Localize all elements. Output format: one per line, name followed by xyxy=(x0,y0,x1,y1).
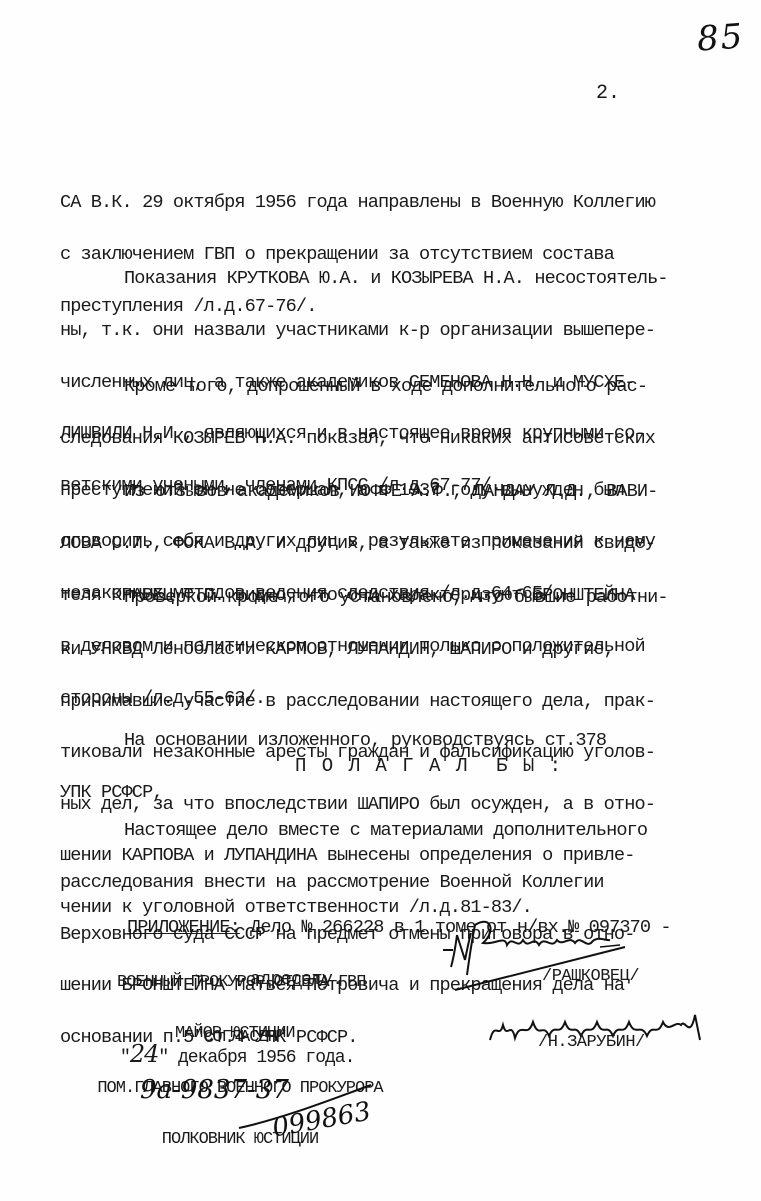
text-line: СА В.К. 29 октября 1956 года направлены … xyxy=(60,194,700,211)
approval-date: "24" декабря 1956 года. xyxy=(120,1046,354,1067)
conclusion-heading: П О Л А Г А Л Б Ы : xyxy=(295,755,563,777)
text-line: ки УНКВД Ленобласти КАРПОВ, ЛУПАНДИН, ША… xyxy=(60,641,700,658)
approval-name: /Н.ЗАРУБИН/ xyxy=(538,1033,645,1052)
document-page: 85 2. СА В.К. 29 октября 1956 года напра… xyxy=(0,0,761,1201)
text-line: Настоящее дело вместе с материалами допо… xyxy=(60,822,700,839)
text-line: Проверкой кроме того установлено, что бы… xyxy=(60,589,700,606)
attachment-label: ПРИЛОЖЕНИЕ: xyxy=(127,917,240,938)
text-line: Из отзывов академиков ИОФФЕ А.Ф., ЛАНДАУ… xyxy=(60,483,700,500)
date-day: 24 xyxy=(130,1040,159,1068)
approval-stamp: "СОГЛАСЕН" xyxy=(60,1029,420,1046)
text-line: ЛОВА С.И., ФОКА В.А. и других, а также и… xyxy=(60,535,700,552)
text-line: следования КОЗЫРЕВ Н.А. показал, что ник… xyxy=(60,430,700,447)
date-rest: " декабря 1956 года. xyxy=(158,1048,354,1068)
date-open-quote: " xyxy=(120,1048,130,1068)
text-line: На основании изложенного, руководствуясь… xyxy=(60,732,700,749)
text-line: Показания КРУТКОВА Ю.А. и КОЗЫРЕВА Н.А. … xyxy=(60,270,700,287)
approval-title-line2: ПОЛКОВНИК ЮСТИЦИИ xyxy=(60,1131,420,1148)
signatory-1-name: /РАШКОВЕЦ/ xyxy=(542,967,639,986)
attachment-line-1: ПРИЛОЖЕНИЕ: Дело № 266228 в 1 томе от н/… xyxy=(127,919,727,936)
signatory-1-title-line1: ВОЕННЫЙ ПРОКУРОР ОТДЕЛА ГВП xyxy=(117,974,365,991)
text-line: Кроме того, допрошенный в ходе дополните… xyxy=(60,378,700,395)
page-number: 2. xyxy=(596,82,620,105)
folio-number: 85 xyxy=(696,16,746,59)
text-line: ны, т.к. они назвали участниками к-р орг… xyxy=(60,322,700,339)
